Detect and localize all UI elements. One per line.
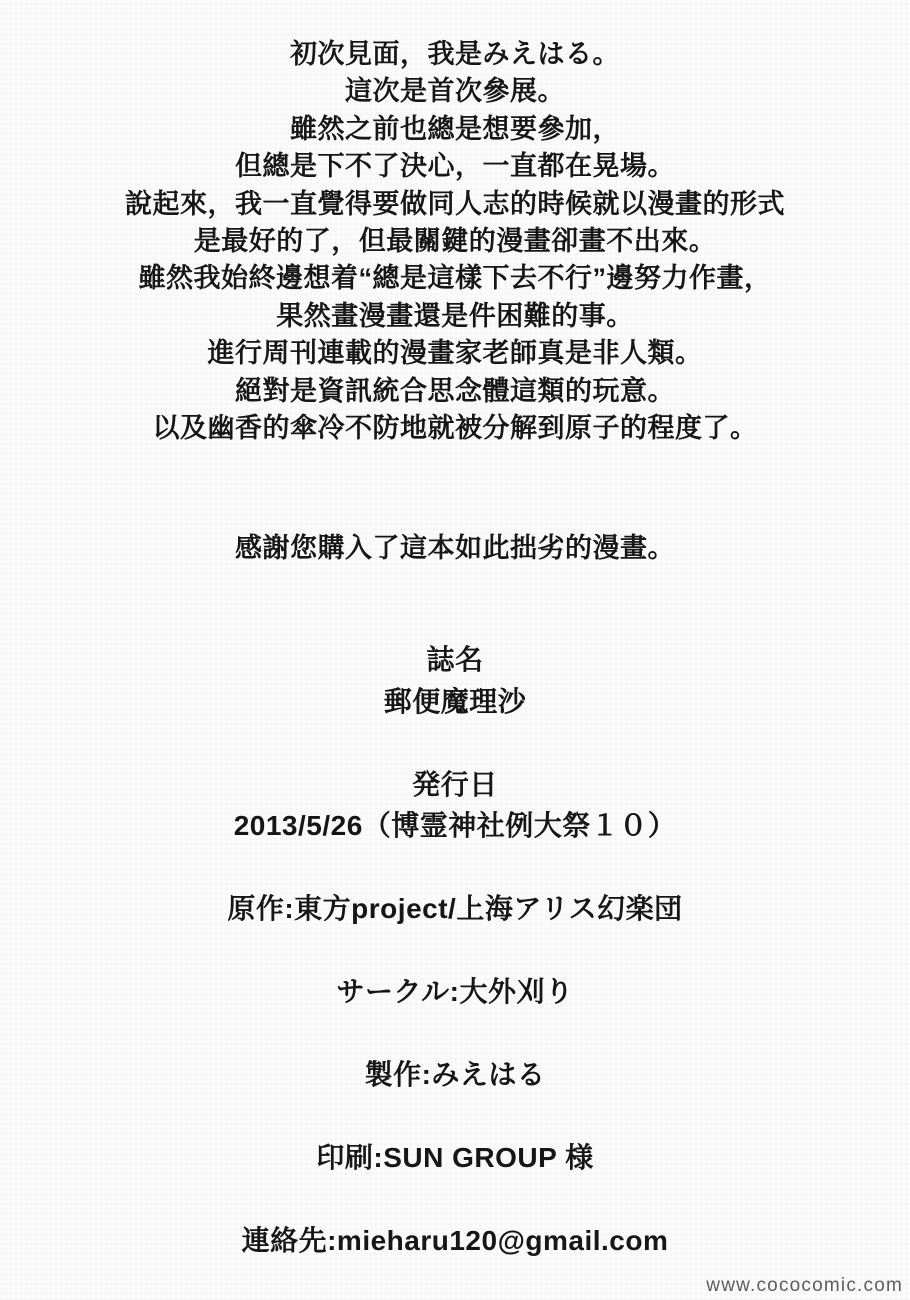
- colophon-original-line: 原作:東方project/上海アリス幻楽団: [0, 888, 910, 930]
- release-date-value: 2013/5/26（博霊神社例大祭１０）: [0, 805, 910, 847]
- original-work-text: 原作:東方project/上海アリス幻楽団: [0, 888, 910, 930]
- afterword-text-block: 初次見面，我是みえはる。 這次是首次參展。 雖然之前也總是想要參加， 但總是下不…: [0, 36, 910, 447]
- afterword-line: 果然畫漫畫還是件困難的事。: [0, 298, 910, 335]
- watermark-url: www.cococomic.com: [706, 1275, 903, 1298]
- book-title-value: 郵便魔理沙: [0, 681, 910, 723]
- afterword-line: 是最好的了，但最關鍵的漫畫卻畫不出來。: [0, 223, 910, 260]
- colophon-circle-line: サークル:大外刈り: [0, 971, 910, 1013]
- scanned-afterword-page: 初次見面，我是みえはる。 這次是首次參展。 雖然之前也總是想要參加， 但總是下不…: [0, 0, 910, 1300]
- book-title-label: 誌名: [0, 639, 910, 681]
- afterword-line: 進行周刊連載的漫畫家老師真是非人類。: [0, 335, 910, 372]
- afterword-line: 但總是下不了決心，一直都在晃場。: [0, 148, 910, 185]
- circle-name-text: サークル:大外刈り: [0, 971, 910, 1013]
- afterword-line: 說起來，我一直覺得要做同人志的時候就以漫畫的形式: [0, 186, 910, 223]
- printer-name-text: 印刷:SUN GROUP 様: [0, 1137, 910, 1179]
- afterword-line: 雖然我始終邊想着“總是這樣下去不行”邊努力作畫，: [0, 260, 910, 297]
- afterword-line: 這次是首次參展。: [0, 73, 910, 110]
- afterword-line: 以及幽香的傘冷不防地就被分解到原子的程度了。: [0, 410, 910, 447]
- release-date-label: 発行日: [0, 764, 910, 806]
- colophon-printer-line: 印刷:SUN GROUP 様: [0, 1137, 910, 1179]
- contact-email-text: 連絡先:mieharu120@gmail.com: [0, 1220, 910, 1262]
- colophon-title-group: 誌名 郵便魔理沙: [0, 639, 910, 722]
- thanks-line: 感謝您購入了這本如此拙劣的漫畫。: [0, 530, 910, 567]
- colophon-date-group: 発行日 2013/5/26（博霊神社例大祭１０）: [0, 764, 910, 847]
- author-name-text: 製作:みえはる: [0, 1054, 910, 1096]
- colophon-author-line: 製作:みえはる: [0, 1054, 910, 1096]
- colophon-contact-line: 連絡先:mieharu120@gmail.com: [0, 1220, 910, 1262]
- afterword-line: 初次見面，我是みえはる。: [0, 36, 910, 73]
- afterword-line: 絕對是資訊統合思念體這類的玩意。: [0, 373, 910, 410]
- colophon-block: 誌名 郵便魔理沙 発行日 2013/5/26（博霊神社例大祭１０） 原作:東方p…: [0, 639, 910, 1262]
- afterword-line: 雖然之前也總是想要參加，: [0, 111, 910, 148]
